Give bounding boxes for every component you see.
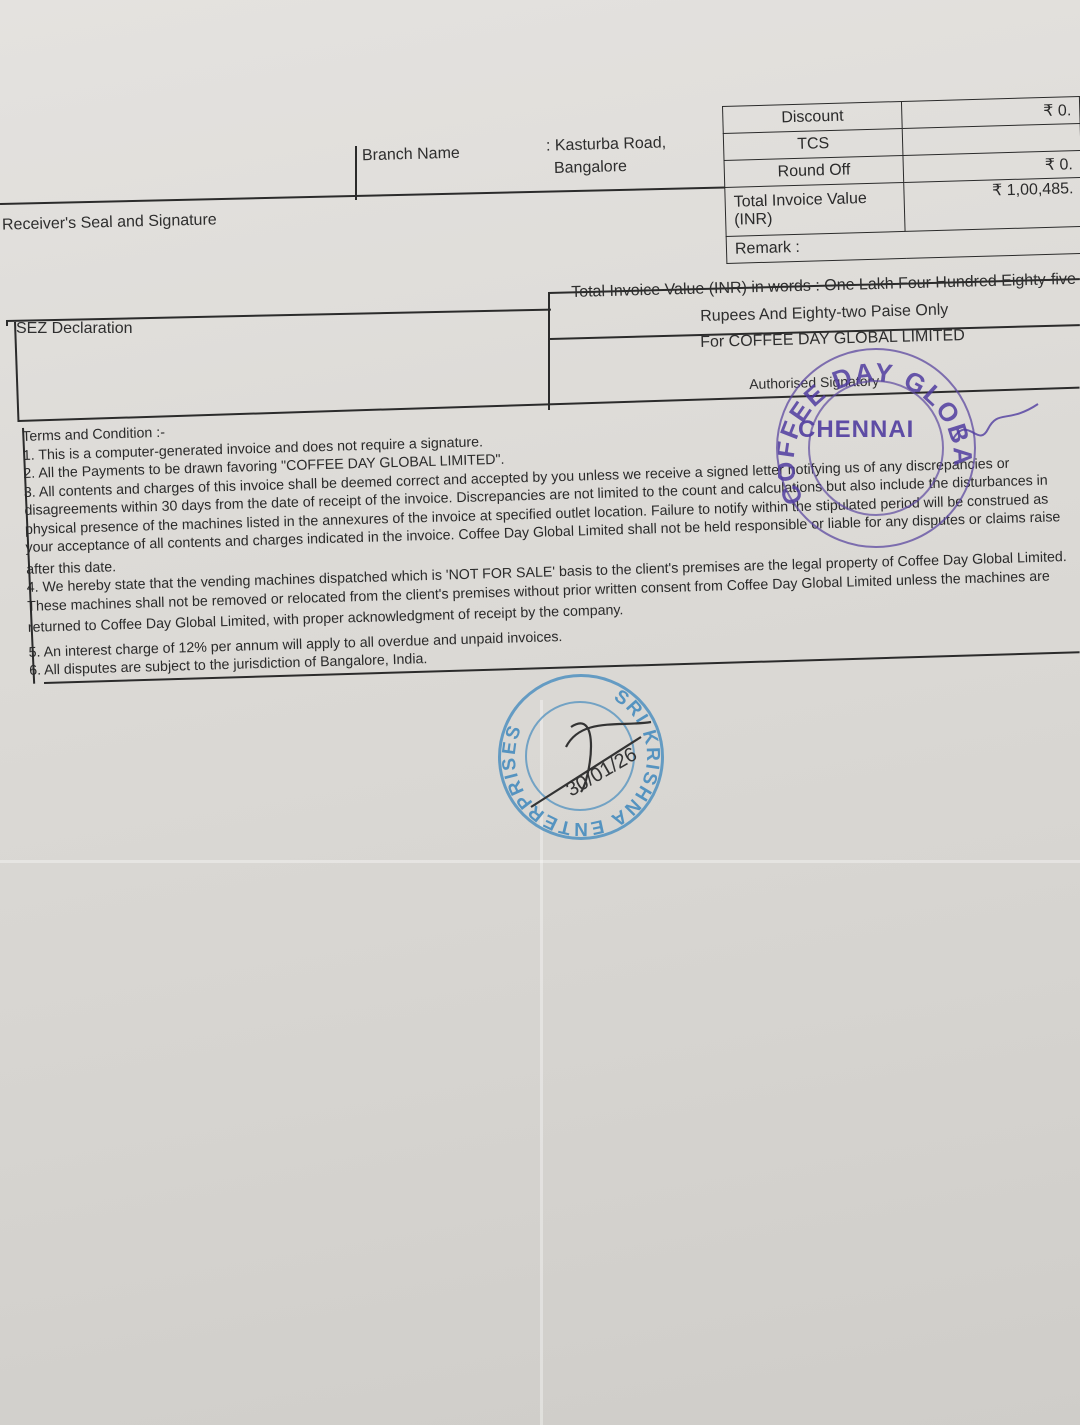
receiver-seal-label: Receiver's Seal and Signature	[2, 211, 217, 234]
sez-declaration-label: SEZ Declaration	[16, 320, 133, 338]
total-invoice-value: ₹ 1,00,485.	[904, 177, 1080, 231]
divider	[0, 187, 725, 205]
company-stamp: COFFEE DAY GLOBAL CHENNAI	[776, 348, 976, 548]
total-in-words-line1: Total Invoice Value (INR) in words : One…	[571, 271, 1076, 302]
branch-value-line1: : Kasturba Road,	[546, 134, 667, 155]
divider	[355, 146, 357, 200]
stamp-inner-ring	[808, 380, 944, 516]
invoice-paper: Branch Name : Kasturba Road, Bangalore R…	[0, 0, 1080, 1425]
branch-value-line2: Bangalore	[554, 158, 627, 178]
handwritten-signature: 30/01/26	[511, 697, 661, 817]
total-in-words-line2: Rupees And Eighty-two Paise Only	[700, 302, 949, 326]
invoice-summary-table: Discount ₹ 0. TCS Round Off ₹ 0. Total I…	[722, 96, 1080, 264]
divider	[548, 292, 550, 410]
signature-scribble	[948, 394, 1048, 454]
divider	[6, 320, 8, 326]
total-invoice-value-label: Total Invoice Value (INR)	[725, 182, 906, 236]
svg-text:30/01/26: 30/01/26	[563, 743, 641, 801]
stamp-city: CHENNAI	[798, 416, 914, 444]
branch-label: Branch Name	[362, 145, 460, 166]
receiver-stamp: SRI KRISHNA ENTERPRISES 30/01/26	[498, 674, 664, 840]
for-company-label: For COFFEE DAY GLOBAL LIMITED	[700, 327, 965, 352]
